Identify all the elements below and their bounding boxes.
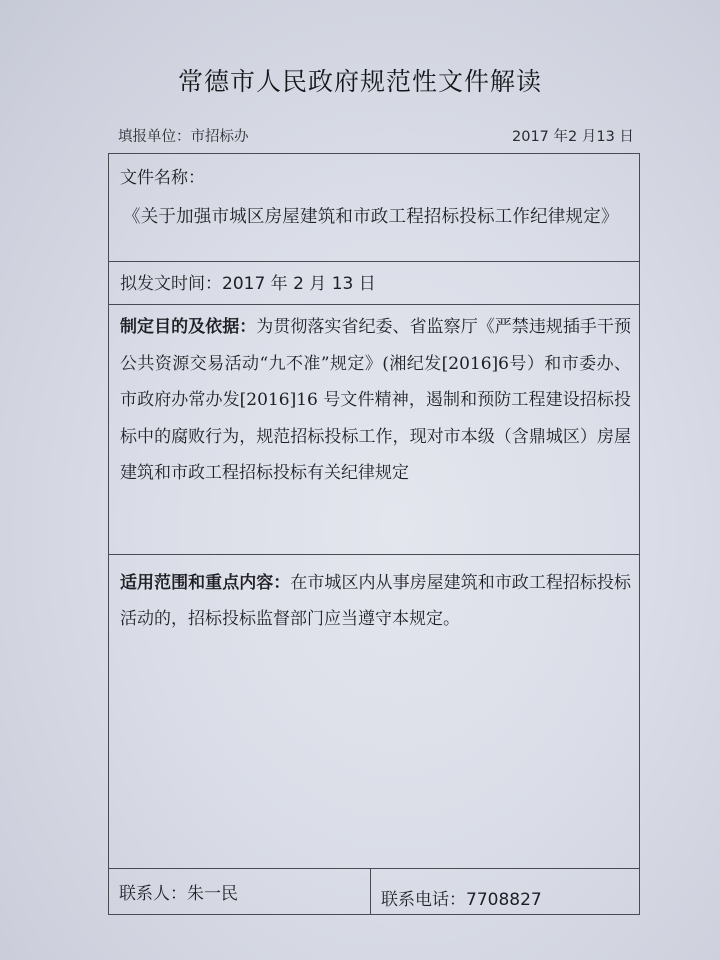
contact-row: 联系人：朱一民 联系电话：7708827 xyxy=(109,869,639,914)
issue-date-row: 拟发文时间：2017 年 2 月 13 日 xyxy=(109,262,639,305)
contact-phone: 联系电话：7708827 xyxy=(381,885,542,910)
purpose-text: 为贯彻落实省纪委、省监察厅《严禁违规插手干预公共资源交易活动“九不准”规定》(湘… xyxy=(120,317,631,483)
contact-phone-cell: 联系电话：7708827 xyxy=(371,869,639,914)
file-name-label: 文件名称： xyxy=(120,160,631,196)
purpose-paragraph: 制定目的及依据：为贯彻落实省纪委、省监察厅《严禁违规插手干预公共资源交易活动“九… xyxy=(120,309,631,492)
purpose-row: 制定目的及依据：为贯彻落实省纪委、省监察厅《严禁违规插手干预公共资源交易活动“九… xyxy=(109,305,639,555)
scope-row: 适用范围和重点内容：在市城区内从事房屋建筑和市政工程招标投标活动的，招标投标监督… xyxy=(109,555,639,869)
contact-person-cell: 联系人：朱一民 xyxy=(109,869,371,914)
document-table: 文件名称： 《关于加强市城区房屋建筑和市政工程招标投标工作纪律规定》 拟发文时间… xyxy=(108,153,640,915)
file-name-row: 文件名称： 《关于加强市城区房屋建筑和市政工程招标投标工作纪律规定》 xyxy=(109,154,639,262)
purpose-label: 制定目的及依据： xyxy=(120,317,256,337)
scope-label: 适用范围和重点内容： xyxy=(120,573,290,593)
contact-person: 联系人：朱一民 xyxy=(119,879,238,904)
page-title: 常德市人民政府规范性文件解读 xyxy=(0,62,720,98)
scope-paragraph: 适用范围和重点内容：在市城区内从事房屋建筑和市政工程招标投标活动的，招标投标监督… xyxy=(120,565,631,637)
file-name-value: 《关于加强市城区房屋建筑和市政工程招标投标工作纪律规定》 xyxy=(123,199,631,235)
issue-date-text: 拟发文时间：2017 年 2 月 13 日 xyxy=(120,266,631,302)
reporting-unit: 填报单位：市招标办 xyxy=(118,125,249,146)
report-date: 2017 年2 月13 日 xyxy=(512,125,634,146)
